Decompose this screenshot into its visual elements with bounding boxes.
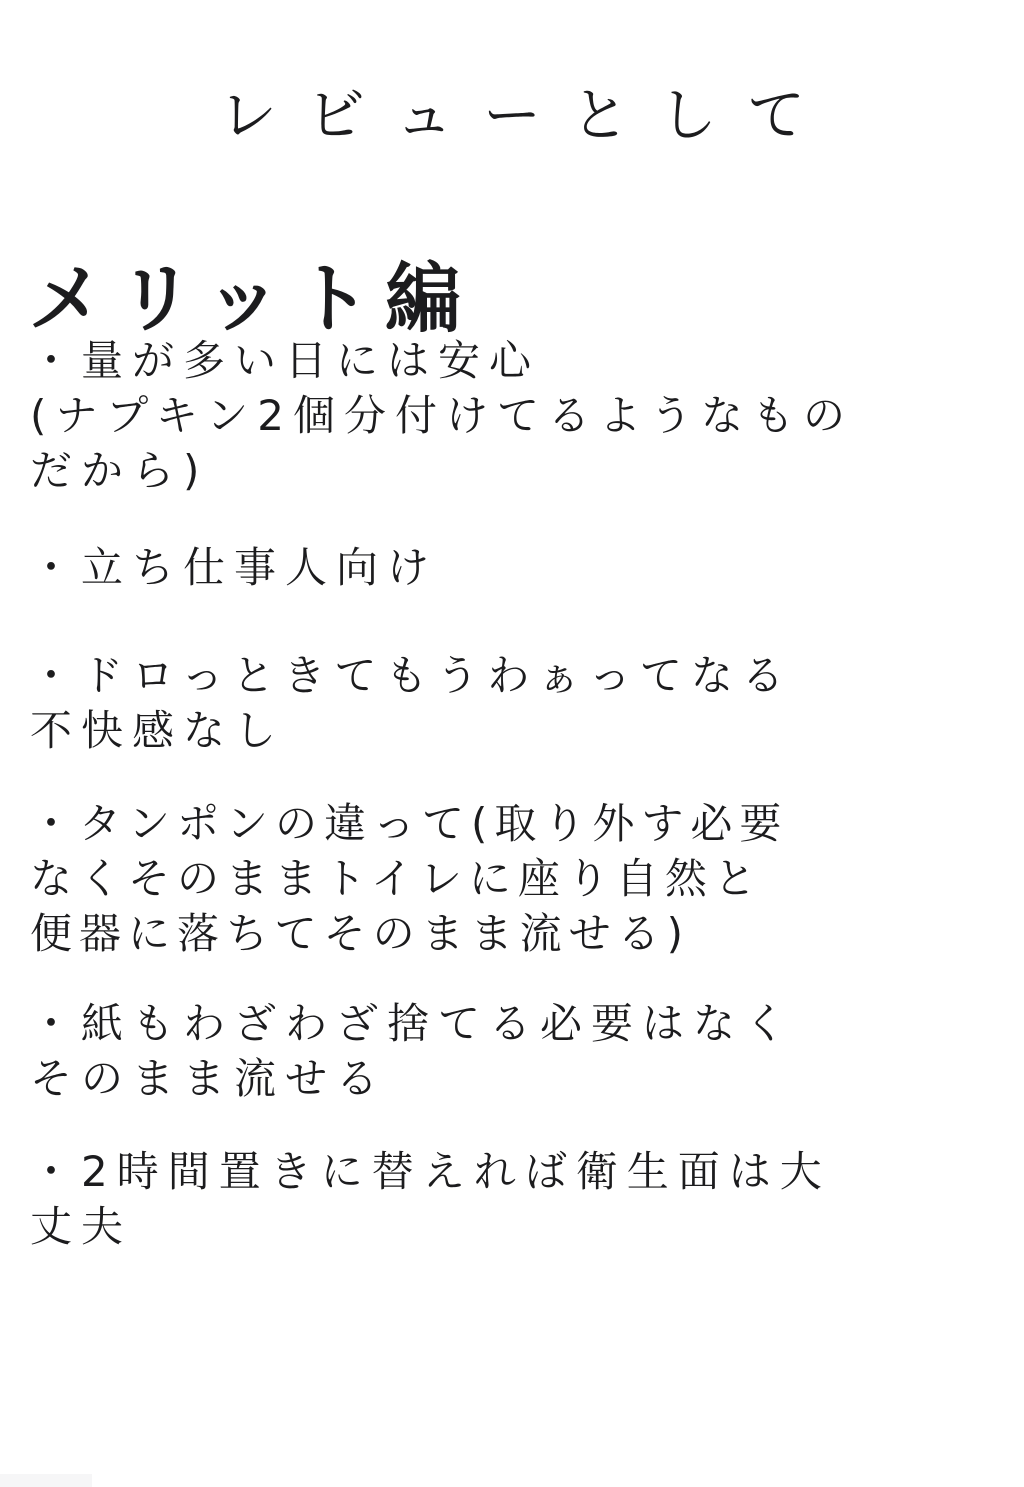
text-line: 便器に落ちてそのまま流せる) (30, 906, 788, 961)
text-line: (ナプキン2個分付けてるようなもの (30, 388, 854, 443)
bullet-item-no-discomfort: ・ドロっときてもうわぁってなる 不快感なし (30, 648, 793, 758)
document-page: レビューとして メリット編 ・量が多い日には安心 (ナプキン2個分付けてるような… (0, 0, 1024, 1487)
text-line: なくそのままトイレに座り自然と (30, 851, 788, 906)
text-line: 丈夫 (30, 1199, 831, 1254)
text-line: そのまま流せる (30, 1051, 795, 1106)
text-line: ・紙もわざわざ捨てる必要はなく (30, 996, 795, 1051)
text-line: ・量が多い日には安心 (30, 333, 854, 388)
bullet-item-heavy-days: ・量が多い日には安心 (ナプキン2個分付けてるようなもの だから) (30, 333, 854, 498)
bullet-item-flush-paper: ・紙もわざわざ捨てる必要はなく そのまま流せる (30, 996, 795, 1106)
text-line: ・立ち仕事人向け (30, 540, 438, 595)
text-line: ・タンポンの違って(取り外す必要 (30, 796, 788, 851)
bullet-item-standing-work: ・立ち仕事人向け (30, 540, 438, 595)
text-line: ・ドロっときてもうわぁってなる (30, 648, 793, 703)
text-line: 不快感なし (30, 703, 793, 758)
bullet-item-tampon-difference: ・タンポンの違って(取り外す必要 なくそのままトイレに座り自然と 便器に落ちてそ… (30, 796, 788, 961)
bullet-item-hygiene: ・2時間置きに替えれば衛生面は大 丈夫 (30, 1144, 831, 1254)
scan-artifact-strip (0, 1474, 92, 1487)
section-heading-merits: メリット編 (28, 238, 475, 347)
text-line: だから) (30, 443, 854, 498)
text-line: ・2時間置きに替えれば衛生面は大 (30, 1144, 831, 1199)
page-title: レビューとして (0, 68, 1024, 152)
